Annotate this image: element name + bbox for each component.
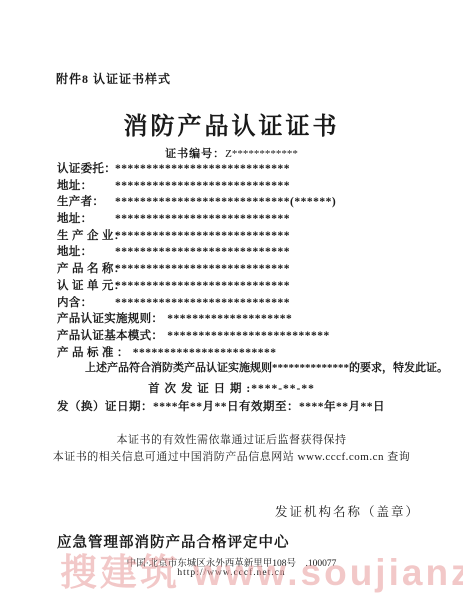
field-row-product-name: 产 品 名 称： **************************** xyxy=(57,260,443,277)
valid-until-value: ****年**月**日 xyxy=(299,401,385,413)
issuer-seal-line: 发证机构名称（盖章） xyxy=(275,502,420,520)
issue-date-line: 发（换）证日期：****年**月**日有效期至：****年**月**日 xyxy=(57,398,385,414)
field-row-product-standard: 产 品 标 准 ： *********************** xyxy=(57,344,443,361)
field-value: ******************** xyxy=(167,313,292,325)
field-label: 产品认证基本模式： xyxy=(57,327,163,343)
field-label: 产品认证实施规则： xyxy=(57,310,163,326)
certificate-number-line: 证书编号：Z************ xyxy=(0,145,463,161)
field-value: **************************** xyxy=(115,263,290,275)
issue-date-label: 发（换）证日期： xyxy=(57,401,153,413)
field-row-basic-mode: 产品认证基本模式： ************************** xyxy=(57,327,443,344)
cert-no-label: 证书编号： xyxy=(165,148,225,160)
field-value: ****************************(******) xyxy=(115,196,336,208)
validity-note: 本证书的有效性需依靠通过证后监督获得保持 xyxy=(0,431,463,447)
first-issue-value: ****-**-** xyxy=(251,383,315,395)
certificate-fields: 认证委托： **************************** 地址： *… xyxy=(57,160,443,360)
field-value: ************************** xyxy=(167,330,330,342)
field-row-implementation-rule: 产品认证实施规则： ******************** xyxy=(57,310,443,327)
field-label: 产 品 标 准 ： xyxy=(57,344,129,360)
field-label: 产 品 名 称： xyxy=(57,260,115,276)
field-value: **************************** xyxy=(115,280,290,292)
field-value: **************************** xyxy=(115,297,290,309)
field-value: **************************** xyxy=(115,230,290,242)
field-label: 地址： xyxy=(57,243,115,259)
field-label: 地址： xyxy=(57,210,115,226)
field-label: 生产者： xyxy=(57,193,115,209)
info-website-note: 本证书的相关信息可通过中国消防产品信息网站 www.cccf.com.cn 查询 xyxy=(0,448,463,464)
organization-name: 应急管理部消防产品合格评定中心 xyxy=(57,531,290,552)
field-row-manufacturer: 生 产 企 业： **************************** xyxy=(57,227,443,244)
field-value: **************************** xyxy=(115,180,290,192)
field-label: 认证委托： xyxy=(57,160,115,176)
field-label: 内含： xyxy=(57,294,115,310)
field-value: **************************** xyxy=(115,163,290,175)
field-row-address3: 地址： **************************** xyxy=(57,243,443,260)
field-value: **************************** xyxy=(115,246,290,258)
organization-website: http://www.cccf.net.cn xyxy=(0,568,463,578)
field-row-address1: 地址： **************************** xyxy=(57,177,443,194)
field-value: **************************** xyxy=(115,213,290,225)
field-value: *********************** xyxy=(133,347,277,359)
field-row-cert-unit: 认 证 单 元： **************************** xyxy=(57,277,443,294)
issue-date-value: ****年**月**日 xyxy=(153,401,239,413)
first-issue-label: 首 次 发 证 日 期 : xyxy=(148,383,251,395)
organization-address: 中国·北京市东城区永外西革新里甲108号 .100077 xyxy=(0,555,463,569)
field-row-applicant: 认证委托： **************************** xyxy=(57,160,443,177)
certificate-title: 消防产品认证证书 xyxy=(0,106,463,141)
field-label: 认 证 单 元： xyxy=(57,277,115,293)
field-row-producer: 生产者： ****************************(******… xyxy=(57,193,443,210)
certificate-page: 附件8 认证证书样式 消防产品认证证书 证书编号：Z************ 认… xyxy=(0,0,463,600)
attachment-label: 附件8 认证证书样式 xyxy=(56,70,171,87)
first-issue-date-line: 首 次 发 证 日 期 :****-**-** xyxy=(0,380,463,396)
field-label: 地址： xyxy=(57,177,115,193)
field-row-contains: 内含： **************************** xyxy=(57,294,443,311)
valid-until-label: 有效期至： xyxy=(239,401,299,413)
cert-no-value: Z************ xyxy=(225,148,298,160)
conformity-statement: 上述产品符合消防类产品认证实施规则**************的要求，特发此证。 xyxy=(85,359,445,375)
field-row-address2: 地址： **************************** xyxy=(57,210,443,227)
field-label: 生 产 企 业： xyxy=(57,227,115,243)
